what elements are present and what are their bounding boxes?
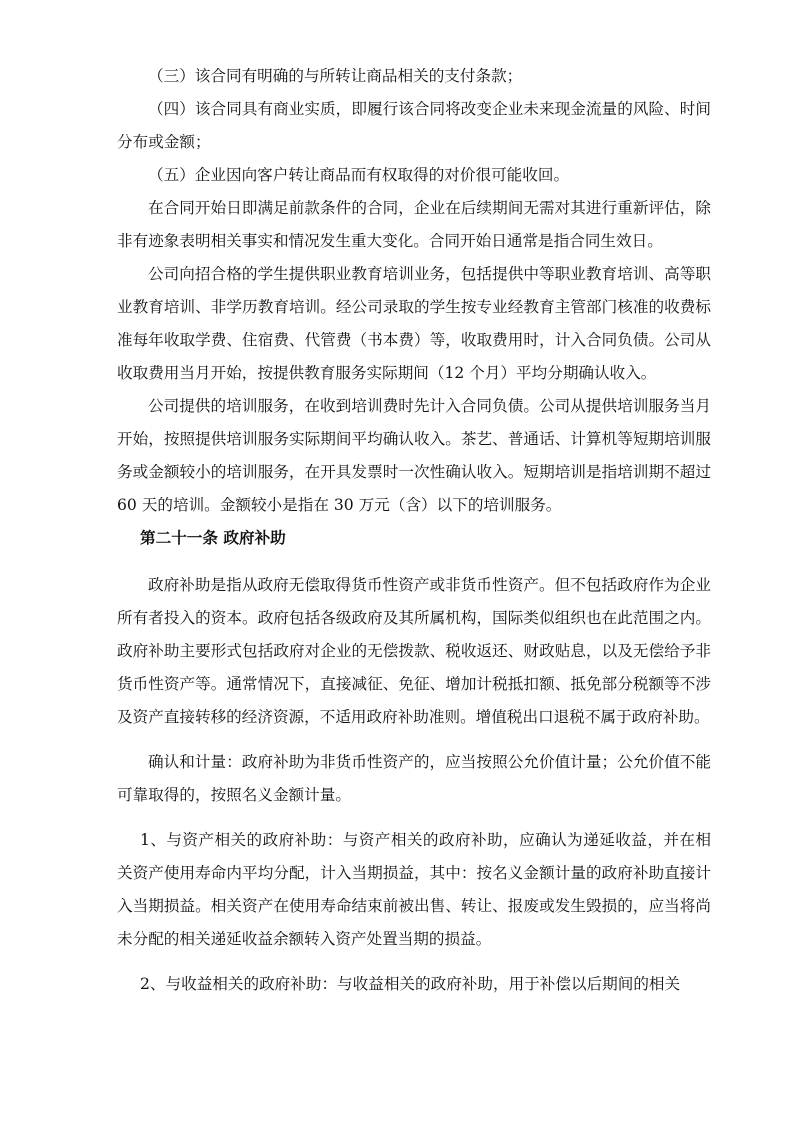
clause-item-5: （五）企业因向客户转让商品而有权取得的对价很可能收回。 (117, 159, 711, 192)
income-related-grant-paragraph: 2、与收益相关的政府补助：与收益相关的政府补助，用于补偿以后期间的相关 (117, 968, 711, 1001)
recognition-measurement-paragraph: 确认和计量：政府补助为非货币性资产的，应当按照公允价值计量；公允价值不能可靠取得… (117, 746, 711, 812)
vocational-education-paragraph: 公司向招合格的学生提供职业教育培训业务，包括提供中等职业教育培训、高等职业教育培… (117, 258, 711, 390)
training-service-paragraph: 公司提供的培训服务，在收到培训费时先计入合同负债。公司从提供培训服务当月开始，按… (117, 390, 711, 522)
asset-related-grant-paragraph: 1、与资产相关的政府补助：与资产相关的政府补助，应确认为递延收益，并在相关资产使… (117, 824, 711, 956)
clause-item-4: （四）该合同具有商业实质，即履行该合同将改变企业未来现金流量的风险、时间分布或金… (117, 93, 711, 159)
document-page: （三）该合同有明确的与所转让商品相关的支付条款； （四）该合同具有商业实质，即履… (117, 60, 711, 1001)
contract-start-paragraph: 在合同开始日即满足前款条件的合同，企业在后续期间无需对其进行重新评估，除非有迹象… (117, 192, 711, 258)
section-heading: 第二十一条 政府补助 (117, 522, 711, 555)
clause-item-3: （三）该合同有明确的与所转让商品相关的支付条款； (117, 60, 711, 93)
government-grant-definition: 政府补助是指从政府无偿取得货币性资产或非货币性资产。但不包括政府作为企业所有者投… (117, 569, 711, 734)
